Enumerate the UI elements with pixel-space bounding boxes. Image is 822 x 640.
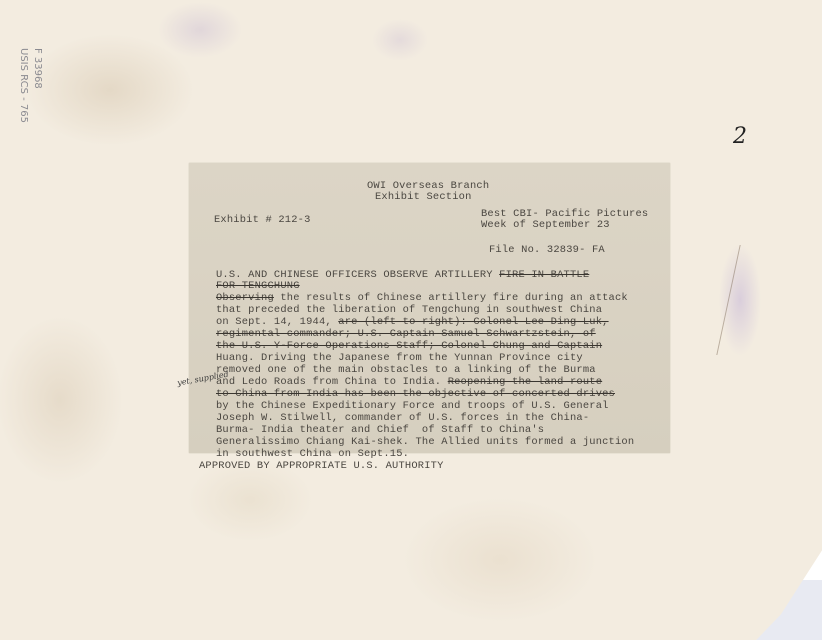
header-line-2: Exhibit Section (375, 191, 472, 203)
body-line-1: that preceded the liberation of Tengchun… (216, 304, 602, 316)
caption-label: OWI Overseas Branch Exhibit Section Exhi… (189, 163, 670, 453)
handwritten-side-note: F 33968 USIS RCS - 765 (4, 48, 44, 158)
body-line-8: to China from India has been the objecti… (216, 388, 615, 400)
side-note-line-2: USIS RCS - 765 (18, 48, 29, 123)
title-struck: FIRE IN BATTLE (499, 269, 589, 281)
side-note-line-1: F 33968 (32, 48, 43, 89)
body-line-4: the U.S. Y-Force Operations Staff; Colon… (216, 340, 602, 352)
body-line-10: Joseph W. Stilwell, commander of U.S. fo… (216, 412, 589, 424)
body-line-0: Observing the results of Chinese artille… (216, 292, 628, 304)
body-line-7: and Ledo Roads from China to India. Reop… (216, 376, 602, 388)
approval-line: APPROVED BY APPROPRIATE U.S. AUTHORITY (199, 460, 444, 472)
body-line-12: Generalissimo Chiang Kai-shek. The Allie… (216, 436, 634, 448)
body-line-9: by the Chinese Expeditionary Force and t… (216, 400, 609, 412)
exhibit-number: Exhibit # 212-3 (214, 214, 311, 226)
body-line-6: removed one of the main obstacles to a l… (216, 364, 596, 376)
body-line-13: in southwest China on Sept.15. (216, 448, 409, 460)
body-line-3: regimental commander; U.S. Captain Samue… (216, 328, 596, 340)
best-of-line-2: Week of September 23 (481, 219, 610, 231)
file-number: File No. 32839- FA (489, 244, 605, 256)
body-line-11: Burma- India theater and Chief of Staff … (216, 424, 544, 436)
body-line-5: Huang. Driving the Japanese from the Yun… (216, 352, 583, 364)
handwritten-page-number: 2 (733, 124, 747, 149)
title-struck-line-2: FOR TENGCHUNG (216, 280, 300, 292)
body-line-2: on Sept. 14, 1944, are (left to right): … (216, 316, 609, 328)
